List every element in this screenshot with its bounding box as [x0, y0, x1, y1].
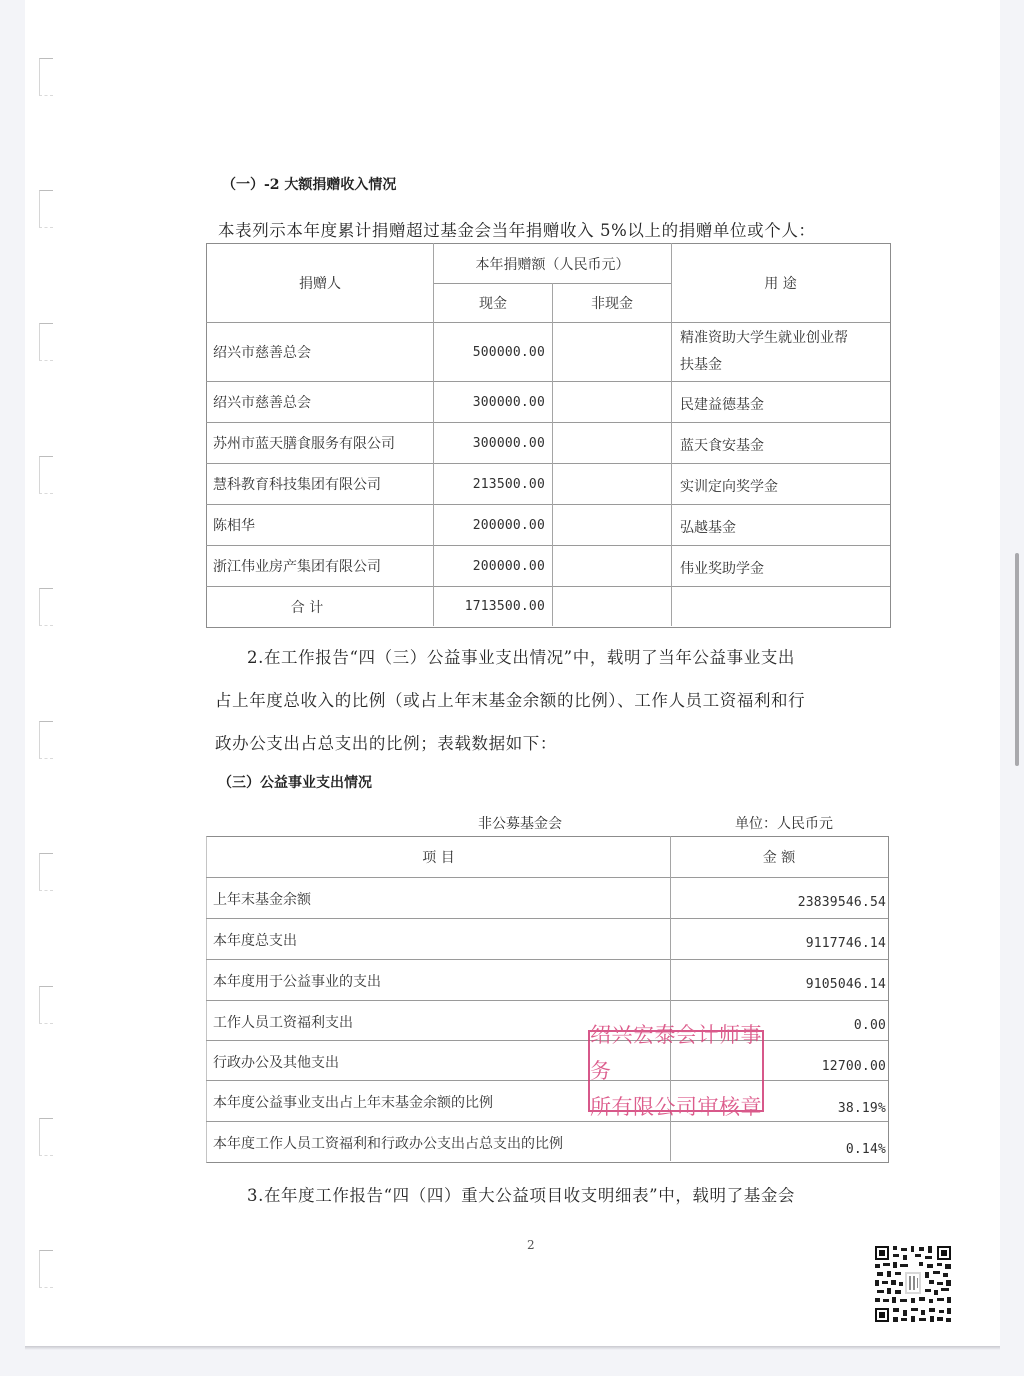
- total-purpose: [672, 587, 888, 626]
- header-non-cash: 非现金: [553, 284, 671, 322]
- cell-cash: 500000.00: [434, 323, 545, 381]
- cell-donor: 陈相华: [213, 505, 431, 545]
- cell-item: 本年度总支出: [213, 920, 668, 960]
- cell-item: 本年度工作人员工资福利和行政办公支出占总支出的比例: [213, 1123, 668, 1163]
- cell-non-cash: [553, 323, 671, 381]
- header-donor: 捐赠人: [207, 244, 433, 322]
- binding-mark: [39, 190, 53, 228]
- cell-amount: 23839546.54: [671, 882, 886, 922]
- cell-non-cash: [553, 382, 671, 422]
- cell-donor: 绍兴市慈善总会: [213, 323, 431, 381]
- org-type-label: 非公募基金会: [478, 813, 562, 833]
- cell-non-cash: [553, 505, 671, 545]
- page-edge: [25, 1346, 1000, 1350]
- binding-mark: [39, 853, 53, 891]
- paragraph-3-line-1: 3.在年度工作报告“四（四）重大公益项目收支明细表”中，载明了基金会: [247, 1182, 795, 1206]
- cell-purpose: 实训定向奖学金: [680, 466, 888, 506]
- cell-non-cash: [553, 423, 671, 463]
- section-intro: 本表列示本年度累计捐赠超过基金会当年捐赠收入 5%以上的捐赠单位或个人：: [218, 217, 816, 241]
- scrollbar-thumb[interactable]: [1015, 553, 1019, 766]
- cell-item: 上年末基金余额: [213, 879, 668, 919]
- cell-amount: 0.14%: [671, 1129, 886, 1169]
- cell-purpose: 弘越基金: [680, 507, 888, 547]
- cell-purpose: 精准资助大学生就业创业帮 扶基金: [680, 323, 888, 381]
- cell-cash: 213500.00: [434, 464, 545, 504]
- cell-cash: 300000.00: [434, 382, 545, 422]
- total-non-cash: [553, 587, 671, 626]
- cell-donor: 慧科教育科技集团有限公司: [213, 464, 431, 504]
- page-number: 2: [527, 1238, 535, 1252]
- cell-donor: 苏州市蓝天膳食服务有限公司: [213, 423, 431, 463]
- cell-cash: 200000.00: [434, 505, 545, 545]
- binding-mark: [39, 1118, 53, 1156]
- binding-mark: [39, 58, 53, 96]
- cell-cash: 200000.00: [434, 546, 545, 586]
- audit-stamp: 绍兴宏泰会计师事务 所有限公司审核章: [588, 1030, 764, 1112]
- cell-donor: 绍兴市慈善总会: [213, 382, 431, 422]
- purpose-line: 精准资助大学生就业创业帮: [680, 325, 848, 352]
- section-title-large-donations: （一）-2 大额捐赠收入情况: [222, 174, 396, 194]
- cell-purpose: 伟业奖助学金: [680, 548, 888, 588]
- total-cash: 1713500.00: [434, 587, 545, 626]
- total-label: 合 计: [207, 587, 407, 626]
- cell-amount: 9105046.14: [671, 964, 886, 1004]
- cell-non-cash: [553, 546, 671, 586]
- binding-mark: [39, 721, 53, 759]
- cell-amount: 9117746.14: [671, 923, 886, 963]
- purpose-line: 扶基金: [680, 352, 722, 379]
- cell-item: 本年度用于公益事业的支出: [213, 961, 668, 1001]
- binding-mark: [39, 456, 53, 494]
- cell-purpose: 蓝天食安基金: [680, 425, 888, 465]
- header-purpose: 用 途: [672, 244, 889, 322]
- paragraph-2-line-1: 2.在工作报告“四（三）公益事业支出情况”中，载明了当年公益事业支出: [247, 644, 795, 668]
- cell-donor: 浙江伟业房产集团有限公司: [213, 546, 431, 586]
- unit-label: 单位：人民币元: [735, 813, 833, 833]
- header-amount-group: 本年捐赠额（人民币元）: [434, 244, 671, 283]
- cell-non-cash: [553, 464, 671, 504]
- header-amount: 金 额: [671, 837, 887, 877]
- paragraph-2-line-3: 政办公支出占总支出的比例；表载数据如下：: [215, 730, 557, 754]
- stamp-line-1: 绍兴宏泰会计师事务: [590, 1017, 762, 1089]
- cell-purpose: 民建益德基金: [680, 384, 888, 424]
- scrollbar-track[interactable]: [1004, 0, 1024, 1376]
- section-title-charity-expenses: （三）公益事业支出情况: [218, 772, 372, 792]
- header-item: 项 目: [207, 837, 670, 877]
- qr-code-icon: [873, 1244, 953, 1324]
- binding-mark: [39, 986, 53, 1024]
- header-cash: 现金: [434, 284, 552, 322]
- stamp-line-2: 所有限公司审核章: [590, 1089, 762, 1125]
- cell-cash: 300000.00: [434, 423, 545, 463]
- paragraph-2-line-2: 占上年度总收入的比例（或占上年末基金余额的比例）、工作人员工资福利和行: [215, 687, 805, 711]
- binding-mark: [39, 588, 53, 626]
- binding-mark: [39, 1250, 53, 1288]
- binding-mark: [39, 323, 53, 361]
